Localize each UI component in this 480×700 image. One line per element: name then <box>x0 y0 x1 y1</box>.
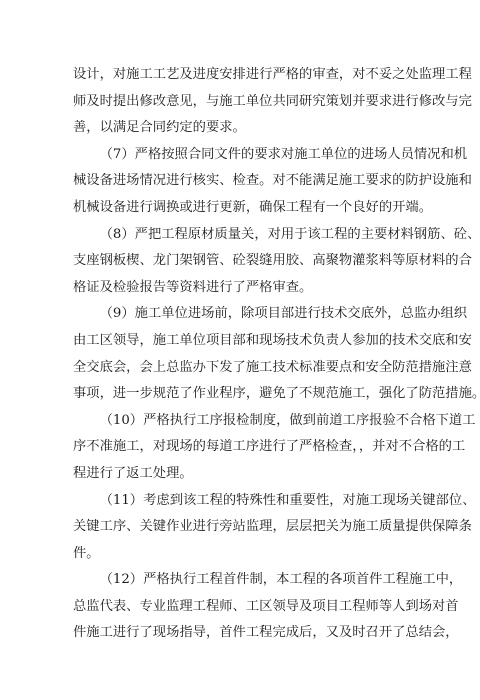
text-line: 师及时提出修改意见，与施工单位共同研究策划并要求进行修改与完 <box>73 89 413 116</box>
text-line: 支座钢板楔、龙门架钢管、砼裂缝用胶、高聚物灌浆料等原材料的合 <box>73 248 413 275</box>
text-line: （12）严格执行工程首件制，本工程的各项首件工程施工中， <box>73 567 413 594</box>
paragraph-item-8: （8）严把工程原材质量关，对用于该工程的主要材料钢筋、砼、 支座钢板楔、龙门架钢… <box>73 222 413 302</box>
text-line: 设计，对施工工艺及进度安排进行严格的审查，对不妥之处监理工程 <box>73 62 413 89</box>
text-line: （10）严格执行工序报检制度，做到前道工序报验不合格下道工 <box>73 408 413 435</box>
paragraph-continued: 设计，对施工工艺及进度安排进行严格的审查，对不妥之处监理工程 师及时提出修改意见… <box>73 62 413 142</box>
text-line: 格证及检验报告等资料进行了严格审查。 <box>73 275 413 302</box>
text-line: 件施工进行了现场指导，首件工程完成后，又及时召开了总结会， <box>73 620 413 647</box>
text-line: （8）严把工程原材质量关，对用于该工程的主要材料钢筋、砼、 <box>73 222 413 249</box>
text-line: 由工区领导，施工单位项目部和现场技术负责人参加的技术交底和安 <box>73 328 413 355</box>
paragraph-item-9: （9）施工单位进场前，除项目部进行技术交底外，总监办组织 由工区领导，施工单位项… <box>73 301 413 407</box>
text-line: 械设备进场情况进行核实、检查。对不能满足施工要求的防护设施和 <box>73 168 413 195</box>
text-line: （11）考虑到该工程的特殊性和重要性，对施工现场关键部位、 <box>73 488 413 515</box>
text-line: 善，以满足合同约定的要求。 <box>73 115 413 142</box>
text-line: 总监代表、专业监理工程师、工区领导及项目工程师等人到场对首 <box>73 594 413 621</box>
text-line: （9）施工单位进场前，除项目部进行技术交底外，总监办组织 <box>73 301 413 328</box>
text-line: 序不准施工，对现场的每道工序进行了严格检查，，并对不合格的工 <box>73 434 413 461</box>
text-line: 全交底会，会上总监办下发了施工技术标准要点和安全防范措施注意 <box>73 355 413 382</box>
text-line: （7）严格按照合同文件的要求对施工单位的进场人员情况和机 <box>73 142 413 169</box>
text-line: 关键工序、关键作业进行旁站监理，层层把关为施工质量提供保障条 <box>73 514 413 541</box>
paragraph-item-11: （11）考虑到该工程的特殊性和重要性，对施工现场关键部位、 关键工序、关键作业进… <box>73 488 413 568</box>
paragraph-item-12: （12）严格执行工程首件制，本工程的各项首件工程施工中， 总监代表、专业监理工程… <box>73 567 413 647</box>
text-line: 程进行了返工处理。 <box>73 461 413 488</box>
paragraph-item-10: （10）严格执行工序报检制度，做到前道工序报验不合格下道工 序不准施工，对现场的… <box>73 408 413 488</box>
document-page: 设计，对施工工艺及进度安排进行严格的审查，对不妥之处监理工程 师及时提出修改意见… <box>73 62 413 647</box>
text-line: 件。 <box>73 541 413 568</box>
text-line: 机械设备进行调换或进行更新，确保工程有一个良好的开端。 <box>73 195 413 222</box>
text-line: 事项，进一步规范了作业程序，避免了不规范施工，强化了防范措施。 <box>73 381 413 408</box>
paragraph-item-7: （7）严格按照合同文件的要求对施工单位的进场人员情况和机 械设备进场情况进行核实… <box>73 142 413 222</box>
